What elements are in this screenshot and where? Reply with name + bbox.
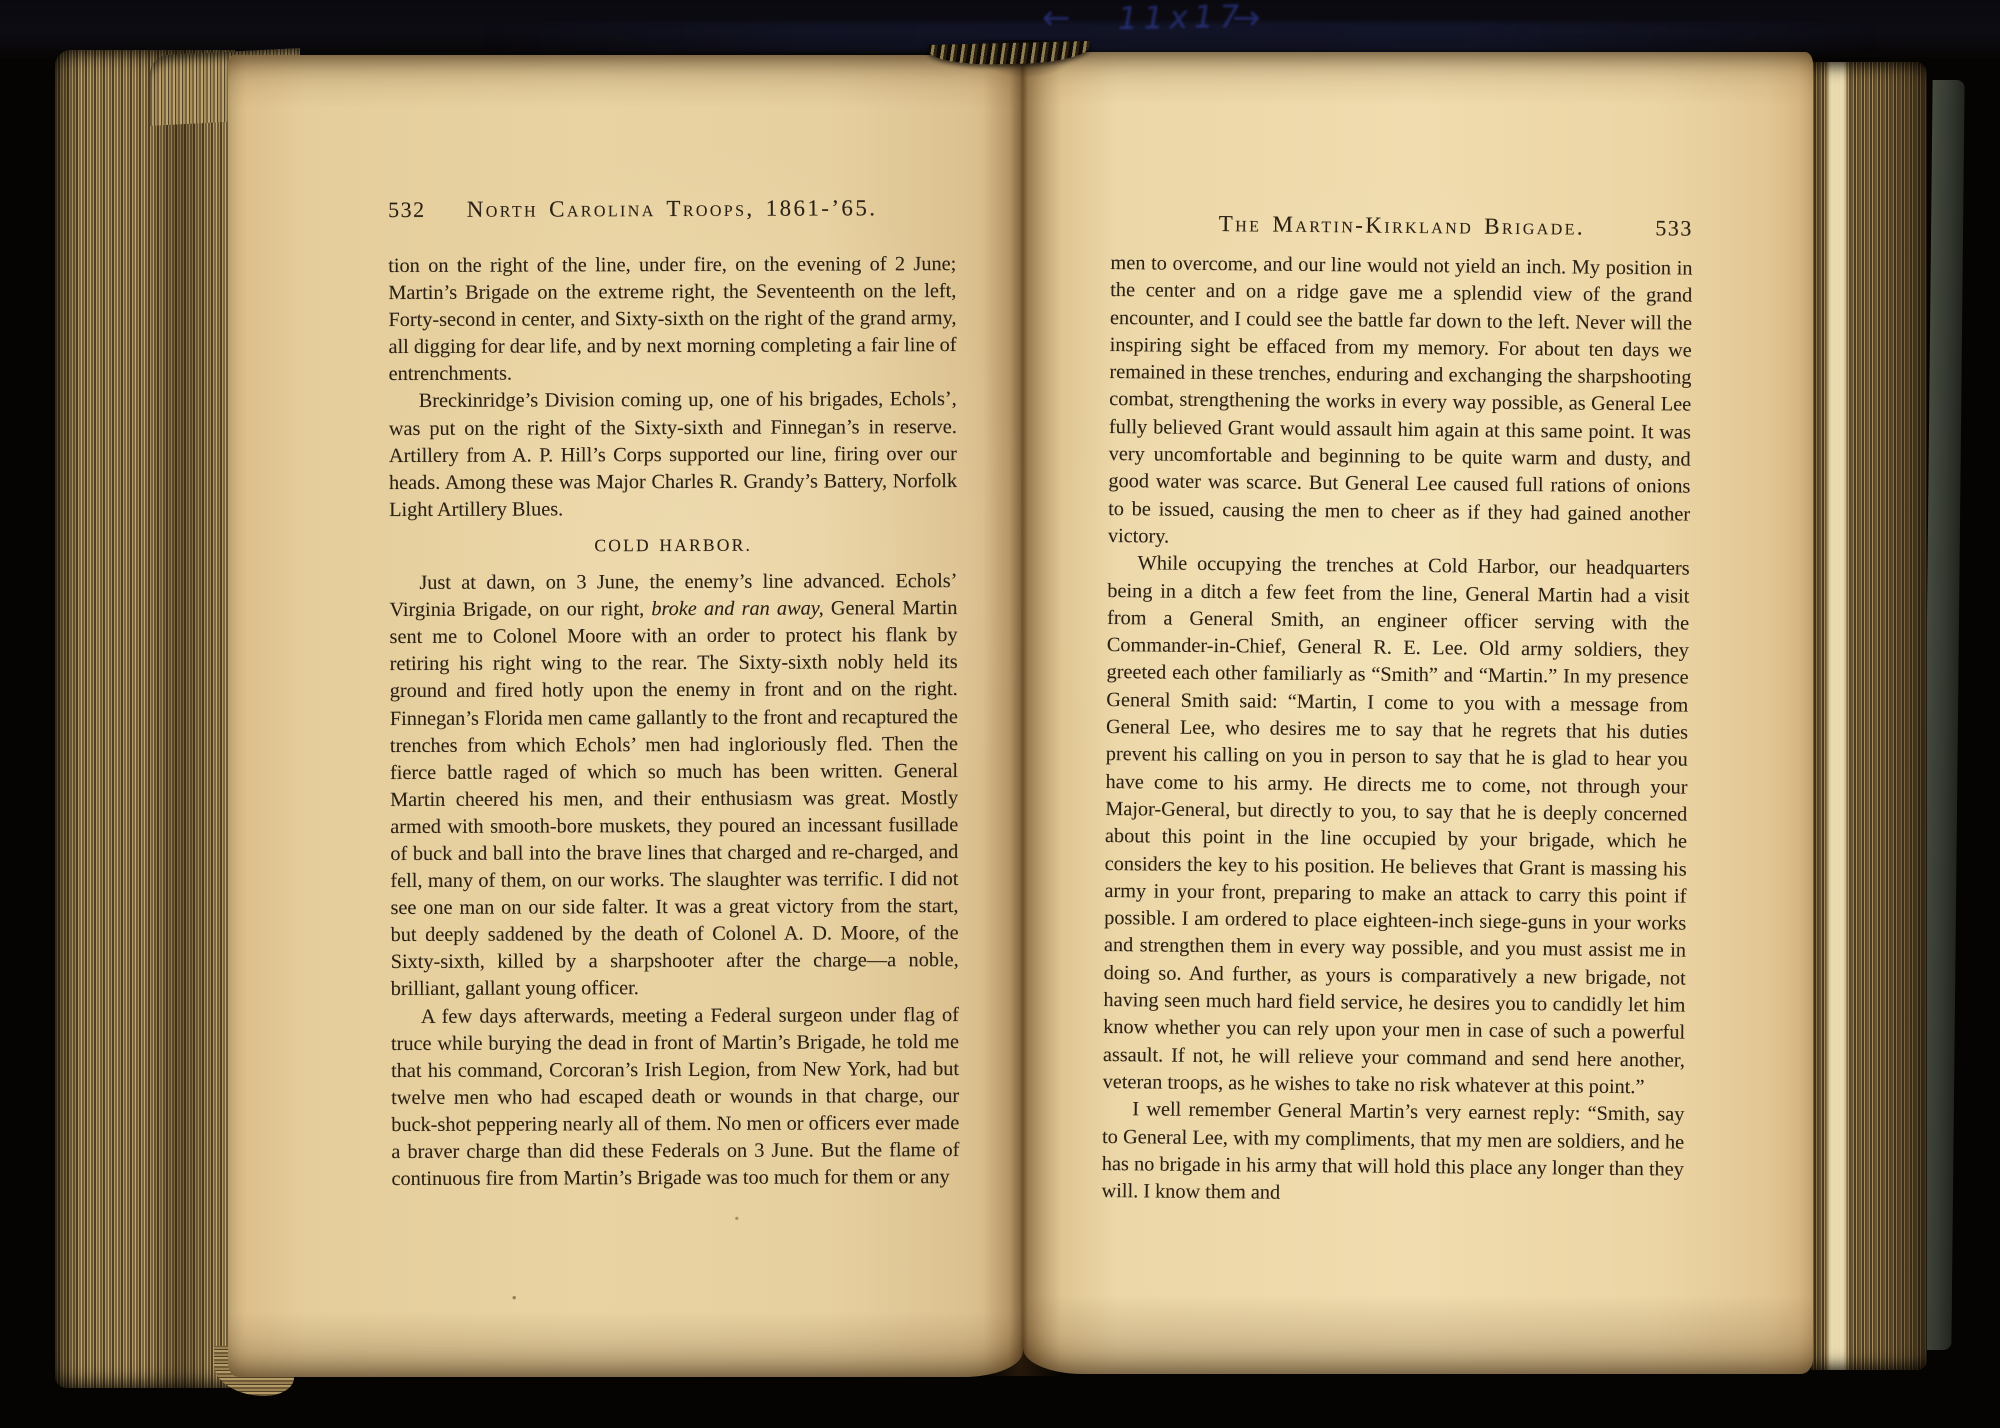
right-body-text: men to overcome, and our line would not … [1101,250,1692,1211]
left-page-text: 532 North Carolina Troops, 1861-’65. tio… [388,195,959,1193]
paragraph: Just at dawn, on 3 June, the enemy’s lin… [389,568,959,1003]
right-page: The Martin-Kirkland Brigade. 533 men to … [1023,52,1813,1374]
right-page-edges [1811,62,1927,1370]
section-heading: COLD HARBOR. [389,531,957,560]
right-running-header: The Martin-Kirkland Brigade. 533 [1111,210,1693,242]
paragraph: men to overcome, and our line would not … [1108,250,1693,556]
right-page-number: 533 [1631,215,1693,242]
left-body-text: tion on the right of the line, under fir… [388,251,959,1193]
left-page-edges [55,50,235,1388]
open-book: 532 North Carolina Troops, 1861-’65. tio… [0,0,2000,1428]
header-spacer [1111,230,1173,231]
left-header-title: North Carolina Troops, 1861-’65. [450,195,894,223]
left-running-header: 532 North Carolina Troops, 1861-’65. [388,195,956,223]
right-page-text: The Martin-Kirkland Brigade. 533 men to … [1101,210,1693,1211]
paragraph: tion on the right of the line, under fir… [388,251,956,388]
paragraph: A few days afterwards, meeting a Federal… [391,1002,960,1194]
paragraph: While occupying the trenches at Cold Har… [1102,550,1689,1101]
left-page-number: 532 [388,197,450,223]
paragraph: Breckinridge’s Division coming up, one o… [389,386,957,523]
paragraph: I well remember General Martin’s very ea… [1101,1096,1684,1211]
right-header-title: The Martin-Kirkland Brigade. [1173,211,1631,241]
left-page: 532 North Carolina Troops, 1861-’65. tio… [228,55,1023,1377]
